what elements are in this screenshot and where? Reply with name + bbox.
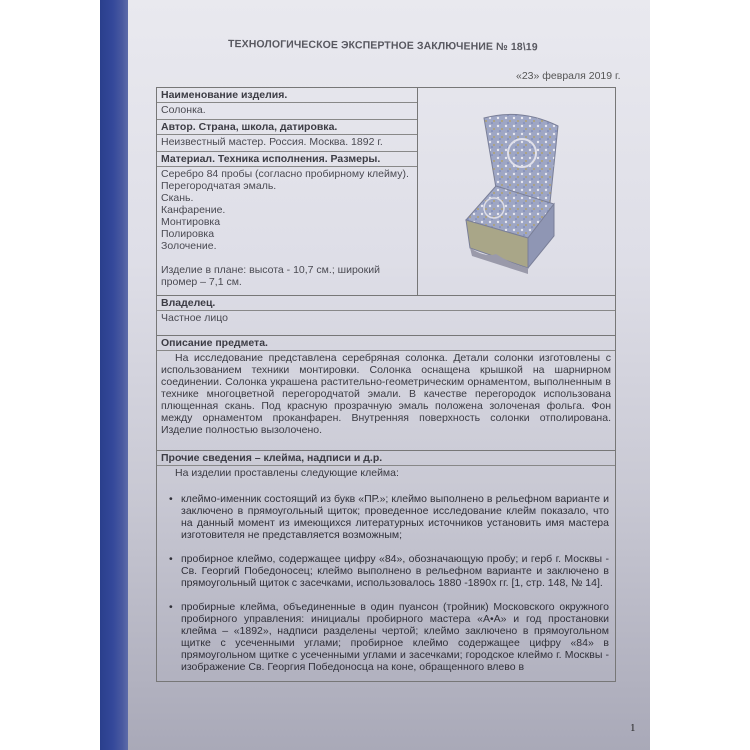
section-marks: Прочие сведения – клейма, надписи и д.р.… [157,451,615,681]
material-label: Материал. Техника исполнения. Размеры. [157,152,417,167]
mark-text: пробирные клейма, объединенные в один пу… [181,601,609,673]
section-author: Автор. Страна, школа, датировка. Неизвес… [157,120,417,152]
material-line: Монтировка [161,216,413,228]
salt-cellar-photo [456,108,576,278]
author-label: Автор. Страна, школа, датировка. [157,120,417,135]
list-item: • пробирные клейма, объединенные в один … [157,601,609,673]
section-item-name: Наименование изделия. Солонка. [157,88,417,120]
bullet-icon: • [169,601,173,613]
list-item: • клеймо-именник состоящий из букв «ПР.»… [157,493,609,541]
owner-value: Частное лицо [157,311,615,335]
photo-cell [418,88,615,293]
marks-list: • клеймо-именник состоящий из букв «ПР.»… [157,493,615,681]
material-line: Золочение. [161,240,413,252]
material-line: Канфарение. [161,204,413,216]
expert-report-table: Наименование изделия. Солонка. Автор. Ст… [156,87,616,682]
section-material: Материал. Техника исполнения. Размеры. С… [157,152,417,295]
item-name-value: Солонка. [157,103,417,119]
top-row: Наименование изделия. Солонка. Автор. Ст… [157,88,615,296]
marks-intro: На изделии проставлены следующие клейма: [157,466,615,493]
section-owner: Владелец. Частное лицо [157,296,615,336]
material-line: Скань. [161,192,413,204]
mark-text: клеймо-именник состоящий из букв «ПР.»; … [181,493,609,541]
bullet-icon: • [169,553,173,565]
document-date: «23» февраля 2019 г. [516,70,620,82]
author-value: Неизвестный мастер. Россия. Москва. 1892… [157,135,417,151]
section-description: Описание предмета. На исследование предс… [157,336,615,451]
bullet-icon: • [169,493,173,505]
material-values: Серебро 84 пробы (согласно пробирному кл… [157,167,417,295]
item-name-label: Наименование изделия. [157,88,417,103]
mark-text: пробирное клеймо, содержащее цифру «84»,… [181,553,609,589]
description-label: Описание предмета. [157,336,615,351]
material-line: Серебро 84 пробы (согласно пробирному кл… [161,168,413,180]
material-line: Полировка [161,228,413,240]
description-text: На исследование представлена серебряная … [157,351,615,450]
page-number: 1 [630,722,636,734]
material-line: Перегородчатая эмаль. [161,180,413,192]
list-item: • пробирное клеймо, содержащее цифру «84… [157,553,609,589]
left-column: Наименование изделия. Солонка. Автор. Ст… [157,88,418,295]
dimensions-text: Изделие в плане: высота - 10,7 см.; широ… [161,264,413,288]
owner-label: Владелец. [157,296,615,311]
marks-label: Прочие сведения – клейма, надписи и д.р. [157,451,615,466]
document-title: ТЕХНОЛОГИЧЕСКОЕ ЭКСПЕРТНОЕ ЗАКЛЮЧЕНИЕ № … [228,38,608,54]
document-page: ТЕХНОЛОГИЧЕСКОЕ ЭКСПЕРТНОЕ ЗАКЛЮЧЕНИЕ № … [128,0,650,750]
